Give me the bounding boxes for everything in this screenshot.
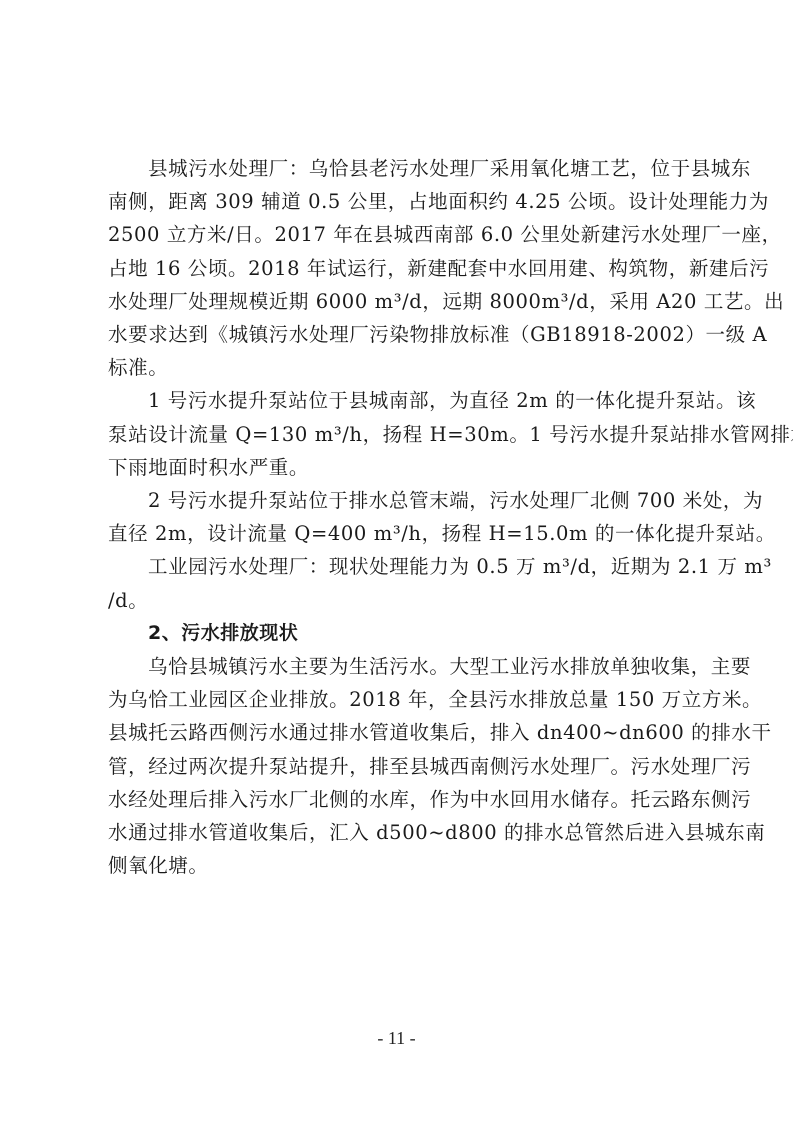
paragraph-pump-station-2: 2 号污水提升泵站位于排水总管末端，污水处理厂北侧 700 米处，为 直径 2m… (108, 484, 694, 550)
paragraph-discharge-status: 乌恰县城镇污水主要为生活污水。大型工业污水排放单独收集，主要 为乌恰工业园区企业… (108, 650, 694, 882)
text-line: 县城污水处理厂：乌恰县老污水处理厂采用氧化塘工艺，位于县城东 (108, 152, 694, 185)
page-number: - 11 - (0, 1028, 793, 1049)
text-line: 县城托云路西侧污水通过排水管道收集后，排入 dn400~dn600 的排水干 (108, 716, 694, 749)
text-line: /d。 (108, 584, 694, 617)
text-line: 直径 2m，设计流量 Q=400 m³/h，扬程 H=15.0m 的一体化提升泵… (108, 517, 694, 550)
text-line: 2 号污水提升泵站位于排水总管末端，污水处理厂北侧 700 米处，为 (108, 484, 694, 517)
text-line: 标准。 (108, 351, 694, 384)
text-line: 乌恰县城镇污水主要为生活污水。大型工业污水排放单独收集，主要 (108, 650, 694, 683)
text-line: 南侧，距离 309 辅道 0.5 公里，占地面积约 4.25 公顷。设计处理能力… (108, 185, 694, 218)
text-line: 1 号污水提升泵站位于县城南部，为直径 2m 的一体化提升泵站。该 (108, 384, 694, 417)
text-line: 2500 立方米/日。2017 年在县城西南部 6.0 公里处新建污水处理厂一座… (108, 218, 694, 251)
paragraph-pump-station-1: 1 号污水提升泵站位于县城南部，为直径 2m 的一体化提升泵站。该 泵站设计流量… (108, 384, 694, 484)
page-content: 县城污水处理厂：乌恰县老污水处理厂采用氧化塘工艺，位于县城东 南侧，距离 309… (108, 152, 694, 882)
text-line: 水处理厂处理规模近期 6000 m³/d，远期 8000m³/d，采用 A20 … (108, 285, 694, 318)
text-line: 泵站设计流量 Q=130 m³/h，扬程 H=30m。1 号污水提升泵站排水管网… (108, 418, 694, 451)
section-heading: 2、污水排放现状 (108, 617, 694, 650)
text-line: 占地 16 公顷。2018 年试运行，新建配套中水回用建、构筑物，新建后污 (108, 252, 694, 285)
text-line: 为乌恰工业园区企业排放。2018 年，全县污水排放总量 150 万立方米。 (108, 683, 694, 716)
text-line: 水要求达到《城镇污水处理厂污染物排放标准（GB18918-2002）一级 A (108, 318, 694, 351)
paragraph-industrial-wwtp: 工业园污水处理厂：现状处理能力为 0.5 万 m³/d，近期为 2.1 万 m³… (108, 550, 694, 616)
text-line: 水经处理后排入污水厂北侧的水库，作为中水回用水储存。托云路东侧污 (108, 783, 694, 816)
text-line: 下雨地面时积水严重。 (108, 451, 694, 484)
text-line: 管，经过两次提升泵站提升，排至县城西南侧污水处理厂。污水处理厂污 (108, 750, 694, 783)
text-line: 水通过排水管道收集后，汇入 d500~d800 的排水总管然后进入县城东南 (108, 816, 694, 849)
document-page: 县城污水处理厂：乌恰县老污水处理厂采用氧化塘工艺，位于县城东 南侧，距离 309… (0, 0, 793, 1122)
text-line: 工业园污水处理厂：现状处理能力为 0.5 万 m³/d，近期为 2.1 万 m³ (108, 550, 694, 583)
paragraph-county-wwtp: 县城污水处理厂：乌恰县老污水处理厂采用氧化塘工艺，位于县城东 南侧，距离 309… (108, 152, 694, 384)
text-line: 侧氧化塘。 (108, 849, 694, 882)
